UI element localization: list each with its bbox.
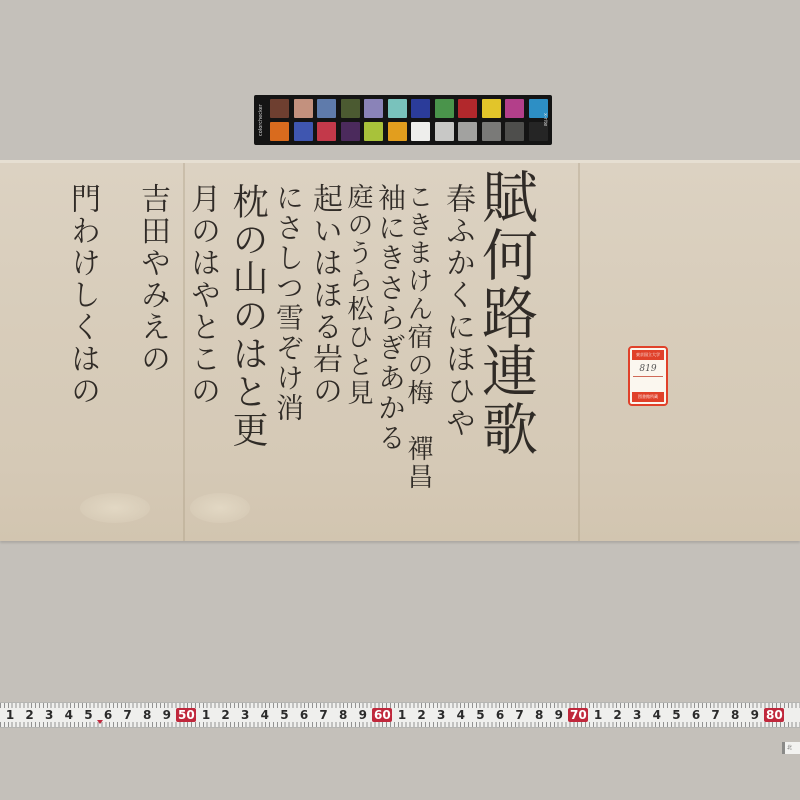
calligraphy-column: 吉田やみえの [130,183,174,543]
color-swatch [482,122,501,141]
label-number: 819 [633,362,663,377]
ruler-label: 1 [591,708,605,722]
calligraphy-column: 月のはやとこの [180,183,224,543]
calligraphy-column: 春ふかくにほひや [435,183,479,543]
color-swatch [364,122,383,141]
color-swatch [458,99,477,118]
ruler-label: 9 [356,708,370,722]
ruler-label: 1 [199,708,213,722]
xrite-logo: x-rite [540,107,550,133]
color-swatch [317,99,336,118]
ruler-label: 1 [3,708,17,722]
ruler-label: 7 [121,708,135,722]
label-footer: 図書館所蔵 [632,392,664,402]
ruler-label: 3 [42,708,56,722]
color-swatch [341,122,360,141]
ruler-label: 4 [650,708,664,722]
ruler-label: 5 [473,708,487,722]
corner-tag: 北 [782,742,800,754]
color-swatch [435,122,454,141]
color-checker-brand: colorchecker [256,99,266,141]
color-swatch [388,122,407,141]
ruler-label: 7 [317,708,331,722]
library-label: 東京国立大学 819 図書館所蔵 [628,346,668,406]
ruler-ticks-bottom [0,722,800,727]
ruler-label: 6 [101,708,115,722]
calligraphy-column: 起いはほる岩の [302,183,346,543]
label-header: 東京国立大学 [632,350,664,360]
ruler-label: 50 [176,708,196,722]
ruler-label: 60 [372,708,392,722]
color-checker-chart: colorchecker x-rite [254,95,552,145]
ruler-label: 7 [513,708,527,722]
color-swatch [364,99,383,118]
ruler-label: 4 [454,708,468,722]
color-swatch [411,122,430,141]
color-swatch [341,99,360,118]
calligraphy-column: にさしつ雪ぞけ消 [268,183,308,543]
ruler-label: 5 [669,708,683,722]
ruler-label: 8 [728,708,742,722]
ruler-label: 4 [258,708,272,722]
ruler-label: 9 [748,708,762,722]
ruler-label: 1 [395,708,409,722]
calligraphy-column: 枕の山のはと更 [222,183,273,543]
ruler-label: 7 [709,708,723,722]
color-swatch [435,99,454,118]
ruler-label: 6 [297,708,311,722]
color-swatch [458,122,477,141]
ruler-label: 8 [140,708,154,722]
ruler-label: 8 [336,708,350,722]
ruler-label: 3 [630,708,644,722]
ruler-label: 70 [568,708,588,722]
ruler-label: 9 [160,708,174,722]
calligraphy-column: 門わけしくはの [60,183,104,543]
color-swatch [411,99,430,118]
color-swatch [505,122,524,141]
color-swatch [482,99,501,118]
measuring-tape: 1234567895012345678960123456789701234567… [0,702,800,728]
ruler-label: 8 [532,708,546,722]
color-swatch [270,99,289,118]
color-swatch [388,99,407,118]
color-swatch [294,122,313,141]
ruler-label: 2 [415,708,429,722]
color-swatch-grid [270,99,548,141]
ruler-label: 3 [238,708,252,722]
ruler-label: 9 [552,708,566,722]
ruler-label: 2 [219,708,233,722]
ruler-label: 2 [611,708,625,722]
ruler-label: 6 [493,708,507,722]
ruler-label: 6 [689,708,703,722]
calligraphy-scroll: 賦何路連歌春ふかくにほひやこきまけん宿の梅 禪昌袖にきさらぎあかる庭のうら松ひと… [0,160,800,541]
ruler-label: 5 [81,708,95,722]
color-swatch [270,122,289,141]
color-swatch [505,99,524,118]
ruler-label: 3 [434,708,448,722]
calligraphy-text: 賦何路連歌春ふかくにほひやこきまけん宿の梅 禪昌袖にきさらぎあかる庭のうら松ひと… [0,163,600,541]
ruler-label: 5 [277,708,291,722]
ruler-label: 2 [23,708,37,722]
ruler-label: 4 [62,708,76,722]
color-swatch [294,99,313,118]
color-swatch [317,122,336,141]
ruler-label: 80 [764,708,784,722]
